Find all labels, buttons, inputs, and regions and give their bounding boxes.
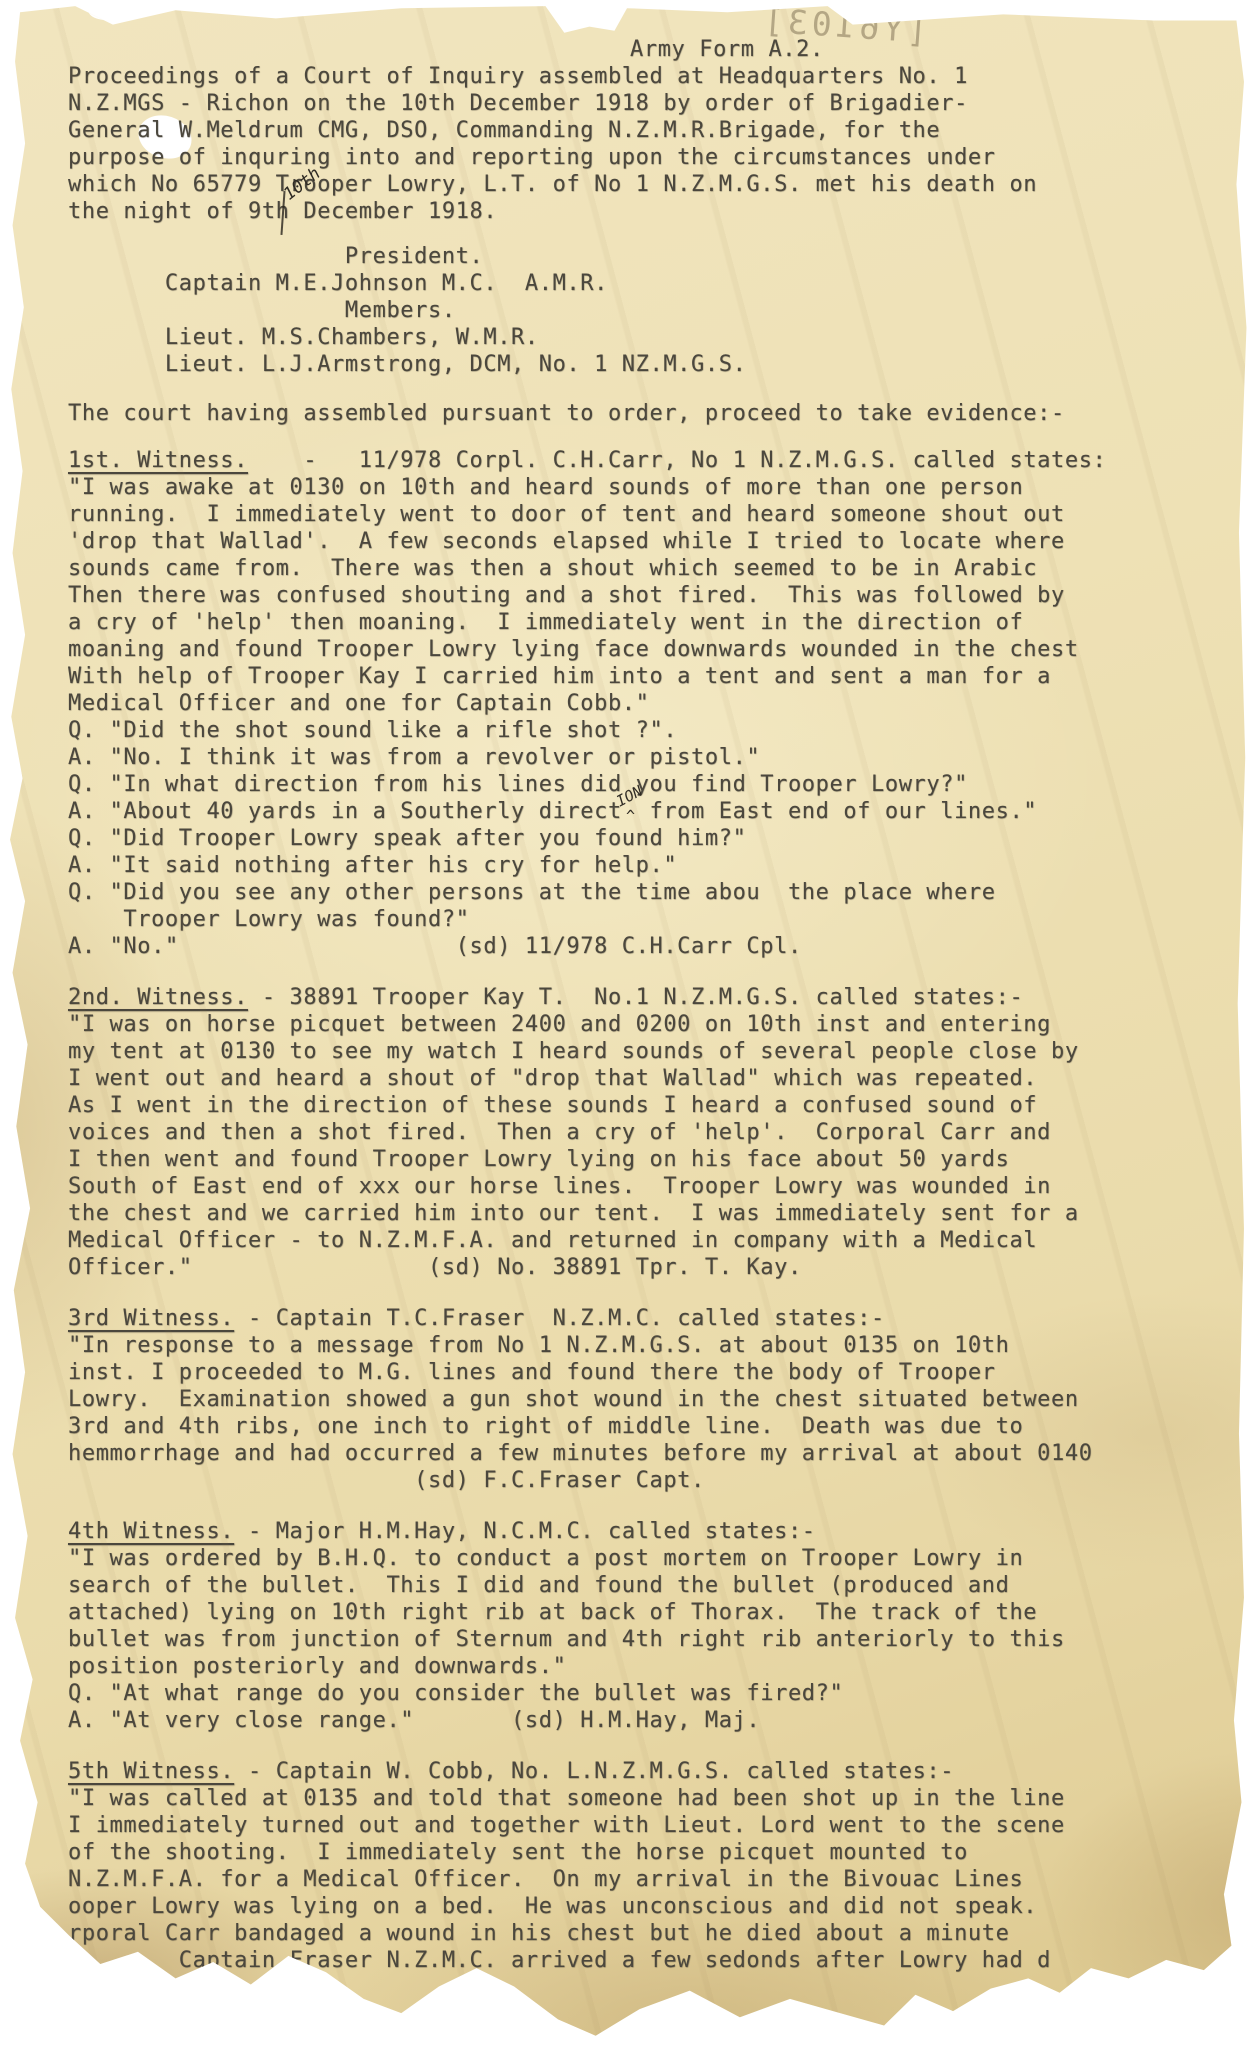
court-statement: The court having assembled pursuant to o… — [68, 400, 1218, 427]
witness-3-testimony: "In response to a message from No 1 N.Z.… — [68, 1332, 1218, 1494]
witness-2-heading: 2nd. Witness. - 38891 Trooper Kay T. No.… — [68, 984, 1218, 1011]
witness-1-section: 1st. Witness. - 11/978 Corpl. C.H.Carr, … — [68, 447, 1218, 960]
witness-2-section: 2nd. Witness. - 38891 Trooper Kay T. No.… — [68, 984, 1218, 1281]
witness-2-testimony: "I was on horse picquet between 2400 and… — [68, 1011, 1218, 1281]
opening-paragraph: Proceedings of a Court of Inquiry assemb… — [68, 63, 1218, 225]
witness-1-intro: - 11/978 Corpl. C.H.Carr, No 1 N.Z.M.G.S… — [248, 448, 1106, 473]
witness-5-label: 5th Witness. — [68, 1759, 234, 1784]
opening-paragraph-wrap: Proceedings of a Court of Inquiry assemb… — [68, 63, 1218, 225]
form-label: Army Form A.2. — [68, 36, 1218, 63]
witness-5-testimony: "I was called at 0135 and told that some… — [68, 1785, 1218, 1974]
witness-2-label: 2nd. Witness. — [68, 985, 248, 1010]
paper-tear — [86, 0, 149, 24]
document-content: Army Form A.2. Proceedings of a Court of… — [68, 36, 1218, 1998]
insertion-caret: ^ — [626, 803, 635, 830]
witness-1-heading: 1st. Witness. - 11/978 Corpl. C.H.Carr, … — [68, 447, 1218, 474]
witness-2-intro: - 38891 Trooper Kay T. No.1 N.Z.M.G.S. c… — [248, 985, 1023, 1010]
paper-sheet: [Y6103] Army Form A.2. Proceedings of a … — [0, 0, 1254, 2048]
witness-5-section: 5th Witness. - Captain W. Cobb, No. L.N.… — [68, 1758, 1218, 1974]
witness-5-intro: - Captain W. Cobb, No. L.N.Z.M.G.S. call… — [234, 1759, 954, 1784]
witness-5-heading: 5th Witness. - Captain W. Cobb, No. L.N.… — [68, 1758, 1218, 1785]
witness-3-heading: 3rd Witness. - Captain T.C.Fraser N.Z.M.… — [68, 1305, 1218, 1332]
witness-1-label: 1st. Witness. — [68, 448, 248, 473]
witness-3-label: 3rd Witness. — [68, 1306, 234, 1331]
officers-list: President. Captain M.E.Johnson M.C. A.M.… — [68, 243, 1218, 378]
scan-background: [Y6103] Army Form A.2. Proceedings of a … — [0, 0, 1254, 2048]
witness-3-section: 3rd Witness. - Captain T.C.Fraser N.Z.M.… — [68, 1305, 1218, 1494]
witness-4-heading: 4th Witness. - Major H.M.Hay, N.C.M.C. c… — [68, 1518, 1218, 1545]
witness-4-section: 4th Witness. - Major H.M.Hay, N.C.M.C. c… — [68, 1518, 1218, 1734]
witness-4-label: 4th Witness. — [68, 1519, 234, 1544]
witness-1-testimony: "I was awake at 0130 on 10th and heard s… — [68, 474, 1218, 960]
witness-4-intro: - Major H.M.Hay, N.C.M.C. called states:… — [234, 1519, 816, 1544]
witness-4-testimony: "I was ordered by B.H.Q. to conduct a po… — [68, 1545, 1218, 1734]
witness-3-intro: - Captain T.C.Fraser N.Z.M.C. called sta… — [234, 1306, 885, 1331]
